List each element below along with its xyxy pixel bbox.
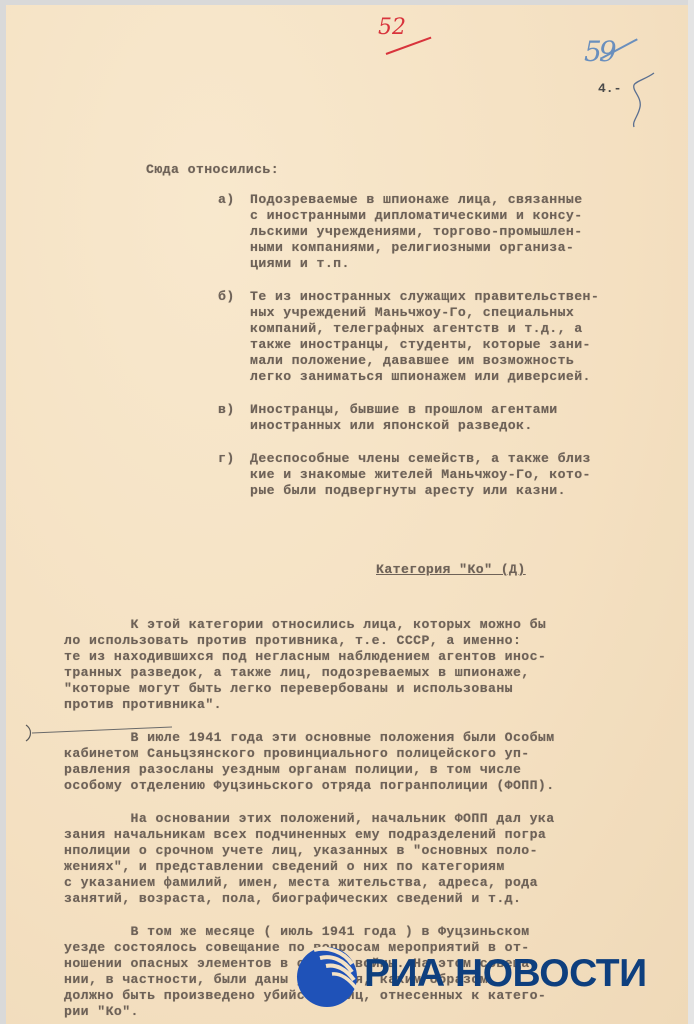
paragraph-line: кабинетом Саньцзянского провинциального … xyxy=(64,746,530,762)
paragraph-line: На основании этих положений, начальник Ф… xyxy=(64,811,555,827)
list-line: циями и т.п. xyxy=(250,256,350,272)
paragraph-line: В том же месяце ( июль 1941 года ) в Фуц… xyxy=(64,924,530,940)
paragraph-line: "которые могут быть легко перевербованы … xyxy=(64,681,513,697)
list-marker: а) xyxy=(218,192,235,208)
list-line: компаний, телеграфных агентств и т.д., а xyxy=(250,321,583,337)
paragraph-line: В июле 1941 года эти основные положения … xyxy=(64,730,555,746)
scan-edge xyxy=(688,0,694,1024)
paragraph-line: занятий, возраста, пола, биографических … xyxy=(64,891,521,907)
list-line: кие и знакомые жителей Маньчжоу-Го, кото… xyxy=(250,467,591,483)
paragraph-line: жениях", и представлении сведений о них … xyxy=(64,859,505,875)
ria-novosti-wordmark: РИА НОВОСТИ xyxy=(364,954,647,994)
list-line: Дееспособные члены семейств, а также бли… xyxy=(250,451,591,467)
list-line: легко заниматься шпионажем или диверсией… xyxy=(250,369,591,385)
ria-novosti-watermark: РИА НОВОСТИ xyxy=(294,942,684,1010)
list-line: Те из иностранных служащих правительстве… xyxy=(250,289,599,305)
typed-page-number: 4.- xyxy=(598,81,621,96)
paragraph-line: равления разосланы уездным органам полиц… xyxy=(64,762,521,778)
list-line: Иностранцы, бывшие в прошлом агентами xyxy=(250,402,558,418)
paragraph-line: с указанием фамилий, имен, места жительс… xyxy=(64,875,538,891)
archive-number-red: 52 xyxy=(378,15,406,40)
list-line: с иностранными дипломатическими и консу- xyxy=(250,208,583,224)
paragraph-line: те из находившихся под негласным наблюде… xyxy=(64,649,546,665)
list-marker: в) xyxy=(218,402,235,418)
paragraph-line: против противника". xyxy=(64,697,222,713)
document-page: 52 59 4.- Сюда относились: а) Подозревае… xyxy=(6,5,690,1024)
list-line: также иностранцы, студенты, которые зани… xyxy=(250,337,591,353)
paragraph-line: зания начальникам всех подчиненных ему п… xyxy=(64,827,546,843)
list-marker: г) xyxy=(218,451,235,467)
list-line: рые были подвергнуты аресту или казни. xyxy=(250,483,566,499)
list-line: мали положение, дававшее им возможность xyxy=(250,353,574,369)
section-heading: Категория "Ко" (Д) xyxy=(376,562,526,578)
list-line: иностранных или японской разведок. xyxy=(250,418,533,434)
handwritten-page-mark-icon xyxy=(628,71,658,131)
list-line: ными компаниями, религиозными организа- xyxy=(250,240,574,256)
paragraph-line: транных разведок, а также лиц, подозрева… xyxy=(64,665,530,681)
archive-number-blue: 59 xyxy=(584,35,614,68)
paragraph-line: нполиции о срочном учете лиц, указанных … xyxy=(64,843,538,859)
paragraph-line: К этой категории относились лица, которы… xyxy=(64,617,546,633)
list-line: льскими учреждениями, торгово-промышлен- xyxy=(250,224,583,240)
ria-globe-icon xyxy=(294,942,360,1008)
list-line: ных учреждений Маньчжоу-Го, специальных xyxy=(250,305,574,321)
paragraph-line: особому отделению Фуцзиньского отряда по… xyxy=(64,778,555,794)
paragraph-line: рии "Ко". xyxy=(64,1004,139,1020)
intro-line: Сюда относились: xyxy=(146,162,279,178)
list-line: Подозреваемые в шпионаже лица, связанные xyxy=(250,192,583,208)
list-marker: б) xyxy=(218,289,235,305)
paragraph-line: ло использовать против противника, т.е. … xyxy=(64,633,521,649)
